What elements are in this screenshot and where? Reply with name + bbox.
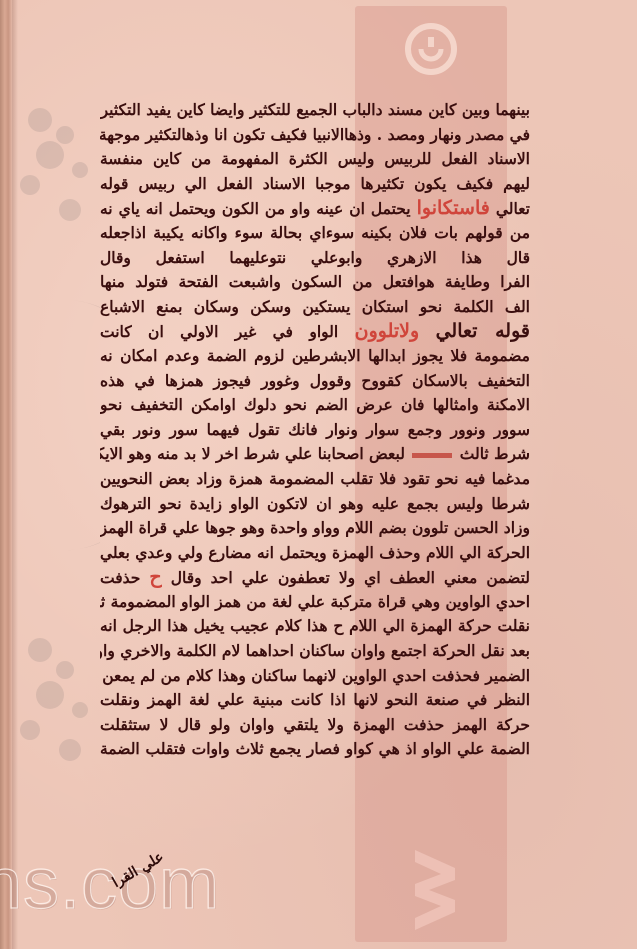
- line-text: قال هذا الازهري وابوعلي نتوعليهما استفعل…: [100, 248, 530, 267]
- line-text: بعد نقل الحركة اجتمع واوان ساكنان احداهم…: [100, 641, 530, 660]
- manuscript-line: الضمة علي الواو اذ هي كواو فصار يجمع ثلا…: [100, 737, 530, 762]
- manuscript-line: التخفيف بالاسكان كقووح وقوول وغوور فيجوز…: [100, 369, 530, 394]
- line-text: حذفت: [100, 568, 140, 587]
- manuscript-line: الاسناد الفعل للربيس وليس الكثرة المفهوم…: [100, 147, 530, 172]
- line-text: يحتمل ان عينه واو من الكون ويحتمل انه يا…: [100, 199, 411, 218]
- line-text: ليهم فكيف يكون تكثيرها موجبا الاسناد الف…: [100, 174, 530, 193]
- line-text: قوله تعالي: [436, 320, 530, 342]
- manuscript-line: الضمير فحذفت احدي الواوين لانهما ساكنان …: [100, 664, 530, 689]
- manuscript-line: شرط ثالث لبعض اصحابنا علي شرط اخر لا بد …: [100, 442, 530, 467]
- line-text: تعالي: [496, 199, 530, 218]
- manuscript-line: الامكنة وامثالها فان عرض الضم نحو دلوك ا…: [100, 393, 530, 418]
- line-text: مضمومة فلا يجوز ابدالها الابشرطين لزوم ا…: [100, 346, 530, 365]
- manuscript-page: ns.com بينهما وبين كاين مسند دالباب الجم…: [0, 0, 637, 949]
- line-text: من قولهم بات فلان بكينه سوءاي بحالة سوء …: [100, 223, 530, 242]
- manuscript-line: حركة الهمز حذفت الهمزة ولا يلتقي واوان و…: [100, 713, 530, 738]
- manuscript-line: مضمومة فلا يجوز ابدالها الابشرطين لزوم ا…: [100, 344, 530, 369]
- line-text: شرط ثالث: [460, 444, 530, 463]
- line-text: في مصدر ونهار ومصد . وذهاالانبيا فكيف تك…: [100, 125, 530, 144]
- rubric-word: فاستكانوا: [417, 197, 490, 219]
- manuscript-line: لتضمن معني العطف اي ولا تعطفون علي احد و…: [100, 565, 530, 590]
- line-text: الحركة الي اللام وحذف الهمزة ويحتمل انه …: [100, 543, 530, 562]
- line-text: سوور ونوور وجمع سوار ونوار فانك تقول فيه…: [100, 420, 530, 439]
- line-text: احدي الواوين وهي قراة متركبة علي لغة من …: [100, 592, 530, 611]
- watermark-domain-text: ns.com: [0, 848, 220, 920]
- line-text: الفرا وطايفة هوافتعل من السكون واشبعت ال…: [100, 272, 530, 291]
- manuscript-line: قال هذا الازهري وابوعلي نتوعليهما استفعل…: [100, 246, 530, 271]
- line-text: التخفيف بالاسكان كقووح وقوول وغوور فيجوز…: [100, 371, 530, 390]
- manuscript-line: نقلت حركة الهمزة الي اللام ح هذا كلام عج…: [100, 614, 530, 639]
- line-text: لتضمن معني العطف اي ولا تعطفون علي احد و…: [171, 568, 530, 587]
- line-text: شرطا وليس بجمع عليه وهو ان لاتكون الواو …: [100, 494, 530, 513]
- manuscript-line: ليهم فكيف يكون تكثيرها موجبا الاسناد الف…: [100, 172, 530, 197]
- manuscript-line: احدي الواوين وهي قراة متركبة علي لغة من …: [100, 590, 530, 615]
- manuscript-line: شرطا وليس بجمع عليه وهو ان لاتكون الواو …: [100, 492, 530, 517]
- line-text: لبعض اصحابنا علي شرط اخر لا بد منه وهو ا…: [100, 444, 405, 463]
- manuscript-line: من قولهم بات فلان بكينه سوءاي بحالة سوء …: [100, 221, 530, 246]
- manuscript-line: بعد نقل الحركة اجتمع واوان ساكنان احداهم…: [100, 639, 530, 664]
- rubric-word: ولاتلوون: [355, 320, 420, 342]
- line-text: الضمير فحذفت احدي الواوين لانهما ساكنان …: [100, 666, 530, 685]
- circle-logo-icon: [404, 22, 458, 76]
- line-text: مدغما فيه نحو تقود فلا تقلب المضمومة همز…: [100, 469, 530, 488]
- manuscript-line: سوور ونوور وجمع سوار ونوار فانك تقول فيه…: [100, 418, 530, 443]
- manuscript-line: وزاد الحسن تلوون بضم اللام وواو واحدة وه…: [100, 516, 530, 541]
- line-text: الواو في غير الاولي ان كانت: [100, 322, 338, 341]
- line-text: حركة الهمز حذفت الهمزة ولا يلتقي واوان و…: [100, 715, 530, 734]
- manuscript-line: مدغما فيه نحو تقود فلا تقلب المضمومة همز…: [100, 467, 530, 492]
- manuscript-line: الفرا وطايفة هوافتعل من السكون واشبعت ال…: [100, 270, 530, 295]
- line-text: بينهما وبين كاين مسند دالباب الجميع للتك…: [100, 100, 530, 119]
- w-letter-icon: [415, 850, 455, 930]
- manuscript-line: قوله تعالي ولاتلوون الواو في غير الاولي …: [100, 319, 530, 344]
- manuscript-line: الف الكلمة نحو استكان يستكين وسكن وسكان …: [100, 295, 530, 320]
- line-text: النظر في صنعة النحو لانها اذا كانت مبنية…: [100, 690, 530, 709]
- rubric-overline-bar: [412, 453, 452, 458]
- line-text: الضمة علي الواو اذ هي كواو فصار يجمع ثلا…: [100, 739, 530, 758]
- manuscript-line: تعالي فاستكانوا يحتمل ان عينه واو من الك…: [100, 196, 530, 221]
- show-through-ornament-icon: [10, 90, 100, 850]
- rubric-word: ح: [149, 566, 161, 588]
- manuscript-line: بينهما وبين كاين مسند دالباب الجميع للتك…: [100, 98, 530, 123]
- manuscript-line: الحركة الي اللام وحذف الهمزة ويحتمل انه …: [100, 541, 530, 566]
- manuscript-line: في مصدر ونهار ومصد . وذهاالانبيا فكيف تك…: [100, 123, 530, 148]
- line-text: الامكنة وامثالها فان عرض الضم نحو دلوك ا…: [100, 395, 530, 414]
- line-text: الف الكلمة نحو استكان يستكين وسكن وسكان …: [100, 297, 530, 316]
- manuscript-text-block: بينهما وبين كاين مسند دالباب الجميع للتك…: [100, 98, 530, 762]
- line-text: وزاد الحسن تلوون بضم اللام وواو واحدة وه…: [100, 518, 530, 537]
- line-text: نقلت حركة الهمزة الي اللام ح هذا كلام عج…: [100, 616, 530, 635]
- line-text: الاسناد الفعل للربيس وليس الكثرة المفهوم…: [100, 149, 530, 168]
- manuscript-line: النظر في صنعة النحو لانها اذا كانت مبنية…: [100, 688, 530, 713]
